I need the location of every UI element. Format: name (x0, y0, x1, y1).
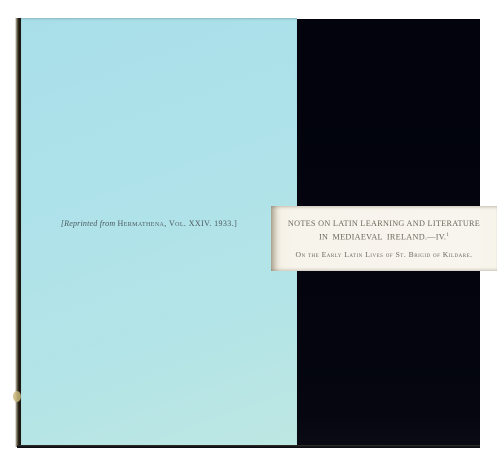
reprint-notice-source-text: Hermathena, Vol. XXIV. 1933.] (118, 219, 238, 228)
title-line-2: IN MEDIAEVAL IRELAND.—IV.1 (271, 230, 497, 243)
cover-page (18, 18, 297, 446)
title-slip-content: NOTES ON LATIN LEARNING AND LITERATURE I… (271, 206, 497, 260)
spine-blemish (13, 391, 21, 402)
reprint-notice: [Reprinted from Hermathena, Vol. XXIV. 1… (20, 217, 278, 231)
footnote-marker: 1 (446, 232, 449, 238)
title-line-2-text: IN MEDIAEVAL IRELAND.—IV. (319, 232, 446, 241)
reprint-notice-italic-text: [Reprinted from (61, 219, 115, 228)
title-line-1: NOTES ON LATIN LEARNING AND LITERATURE (271, 218, 497, 230)
page-bottom-shadow (17, 445, 480, 448)
scanned-pamphlet-cover: [Reprinted from Hermathena, Vol. XXIV. 1… (0, 0, 500, 467)
title-slip: NOTES ON LATIN LEARNING AND LITERATURE I… (271, 206, 497, 271)
subtitle: On the Early Latin Lives of St. Brigid o… (271, 250, 497, 260)
spine-edge (15, 18, 21, 447)
